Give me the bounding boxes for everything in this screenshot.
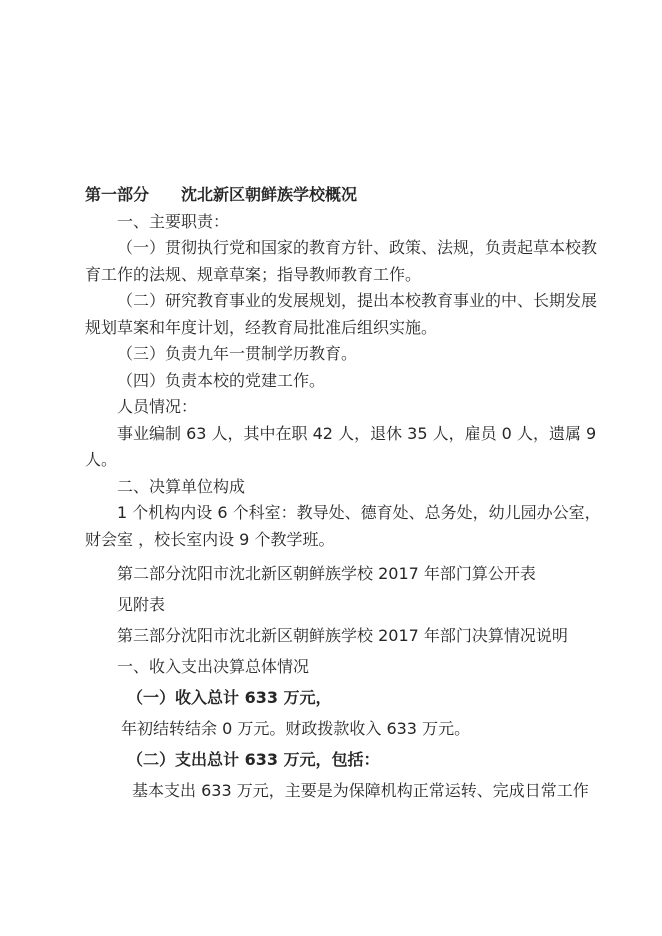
part2-part3-section: 第二部分沈阳市沈北新区朝鲜族学校 2017 年部门算公开表 见附表 第三部分沈阳…	[85, 558, 605, 806]
staff-info-line-2: 人。	[85, 447, 605, 474]
income-detail: 年初结转结余 0 万元。财政拨款收入 633 万元。	[85, 713, 605, 744]
duty-3: （三）负责九年一贯制学历教育。	[85, 341, 605, 368]
duty-1-line-2: 育工作的法规、规章草案；指导教师教育工作。	[85, 262, 605, 289]
part1-heading: 第一部分 沈北新区朝鲜族学校概况	[85, 182, 605, 209]
unit-composition-line-2: 财会室 ，校长室内设 9 个教学班。	[85, 527, 605, 554]
duty-1-line-1: （一）贯彻执行党和国家的教育方针、政策、法规，负责起草本校教	[85, 235, 605, 262]
duty-4: （四）负责本校的党建工作。	[85, 368, 605, 395]
staff-info-heading: 人员情况：	[85, 394, 605, 421]
income-total-subhead: （一）收入总计 633 万元，	[85, 682, 605, 713]
unit-composition-heading: 二、决算单位构成	[85, 474, 605, 501]
expense-total-subhead: （二）支出总计 633 万元，包括：	[85, 744, 605, 775]
expense-detail: 基本支出 633 万元，主要是为保障机构正常运转、完成日常工作	[85, 775, 605, 806]
staff-info-line-1: 事业编制 63 人，其中在职 42 人，退休 35 人，雇员 0 人，遗属 9	[85, 421, 605, 448]
unit-composition-line-1: 1 个机构内设 6 个科室：教导处、德育处、总务处，幼儿园办公室，	[85, 500, 605, 527]
part1-section: 第一部分 沈北新区朝鲜族学校概况 一、主要职责： （一）贯彻执行党和国家的教育方…	[85, 182, 605, 553]
see-attached-table: 见附表	[85, 589, 605, 620]
main-duties-heading: 一、主要职责：	[85, 209, 605, 236]
part3-heading: 第三部分沈阳市沈北新区朝鲜族学校 2017 年部门决算情况说明	[85, 620, 605, 651]
part2-heading: 第二部分沈阳市沈北新区朝鲜族学校 2017 年部门算公开表	[85, 558, 605, 589]
document-page: 第一部分 沈北新区朝鲜族学校概况 一、主要职责： （一）贯彻执行党和国家的教育方…	[0, 0, 662, 936]
income-expense-overview-heading: 一、收入支出决算总体情况	[85, 651, 605, 682]
duty-2-line-1: （二）研究教育事业的发展规划，提出本校教育事业的中、长期发展	[85, 288, 605, 315]
duty-2-line-2: 规划草案和年度计划，经教育局批准后组织实施。	[85, 315, 605, 342]
document-text-area: 第一部分 沈北新区朝鲜族学校概况 一、主要职责： （一）贯彻执行党和国家的教育方…	[85, 182, 605, 806]
